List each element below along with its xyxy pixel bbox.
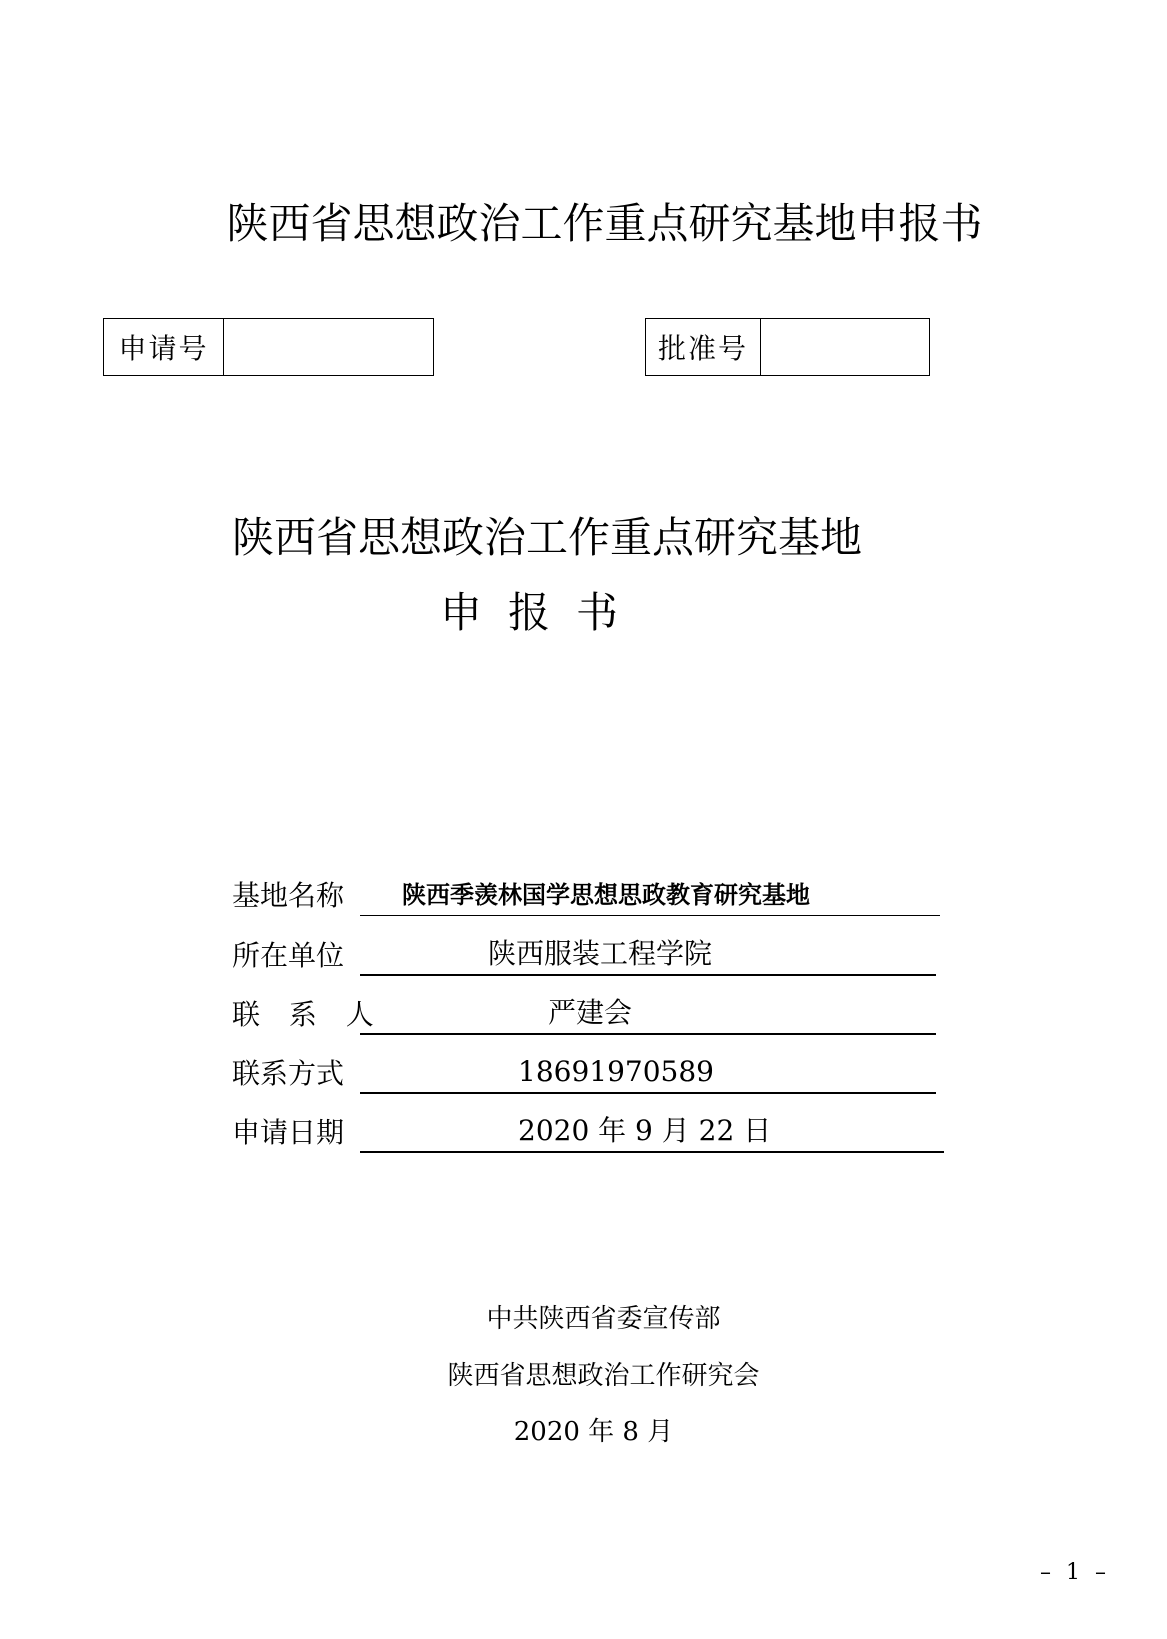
- form-row-application-date: 申请日期 2020 年 9 月 22 日: [232, 1105, 944, 1153]
- contact-method-field[interactable]: 18691970589: [360, 1052, 936, 1094]
- footer-issuer-1: 中共陕西省委宣传部: [0, 1299, 1167, 1339]
- unit-label: 所在单位: [232, 936, 360, 976]
- contact-person-label: 联 系 人: [232, 995, 360, 1035]
- form-row-contact-person: 联 系 人 严建会: [232, 987, 936, 1035]
- base-name-label: 基地名称: [232, 876, 360, 916]
- approval-number-label: 批准号: [646, 319, 761, 375]
- application-date-field[interactable]: 2020 年 9 月 22 日: [360, 1111, 944, 1153]
- contact-person-value: 严建会: [548, 993, 632, 1033]
- unit-field[interactable]: 陕西服装工程学院: [360, 934, 936, 976]
- application-number-box: 申请号: [103, 318, 434, 376]
- application-date-label: 申请日期: [232, 1113, 360, 1153]
- contact-method-label: 联系方式: [232, 1054, 360, 1094]
- main-title-line-2: 申报书: [440, 585, 644, 641]
- form-row-contact-method: 联系方式 18691970589: [232, 1046, 936, 1094]
- page-number: – 1 –: [1040, 1560, 1110, 1585]
- approval-number-box: 批准号: [645, 318, 930, 376]
- contact-person-field[interactable]: 严建会: [360, 993, 936, 1035]
- form-row-unit: 所在单位 陕西服装工程学院: [232, 928, 936, 976]
- footer-date: 2020 年 8 月: [0, 1412, 1167, 1452]
- footer-issuer-2: 陕西省思想政治工作研究会: [0, 1356, 1167, 1396]
- form-row-base-name: 基地名称 陕西季羡林国学思想思政教育研究基地: [232, 868, 940, 916]
- main-title-line-1: 陕西省思想政治工作重点研究基地: [232, 510, 862, 566]
- base-name-field[interactable]: 陕西季羡林国学思想思政教育研究基地: [360, 875, 940, 916]
- application-number-field[interactable]: [224, 319, 433, 375]
- contact-method-value: 18691970589: [518, 1052, 714, 1092]
- application-number-label: 申请号: [104, 319, 224, 375]
- header-title: 陕西省思想政治工作重点研究基地申报书: [0, 196, 1167, 252]
- unit-value: 陕西服装工程学院: [488, 934, 712, 974]
- application-date-value: 2020 年 9 月 22 日: [518, 1111, 771, 1151]
- approval-number-field[interactable]: [761, 319, 929, 375]
- base-name-value: 陕西季羡林国学思想思政教育研究基地: [402, 875, 810, 915]
